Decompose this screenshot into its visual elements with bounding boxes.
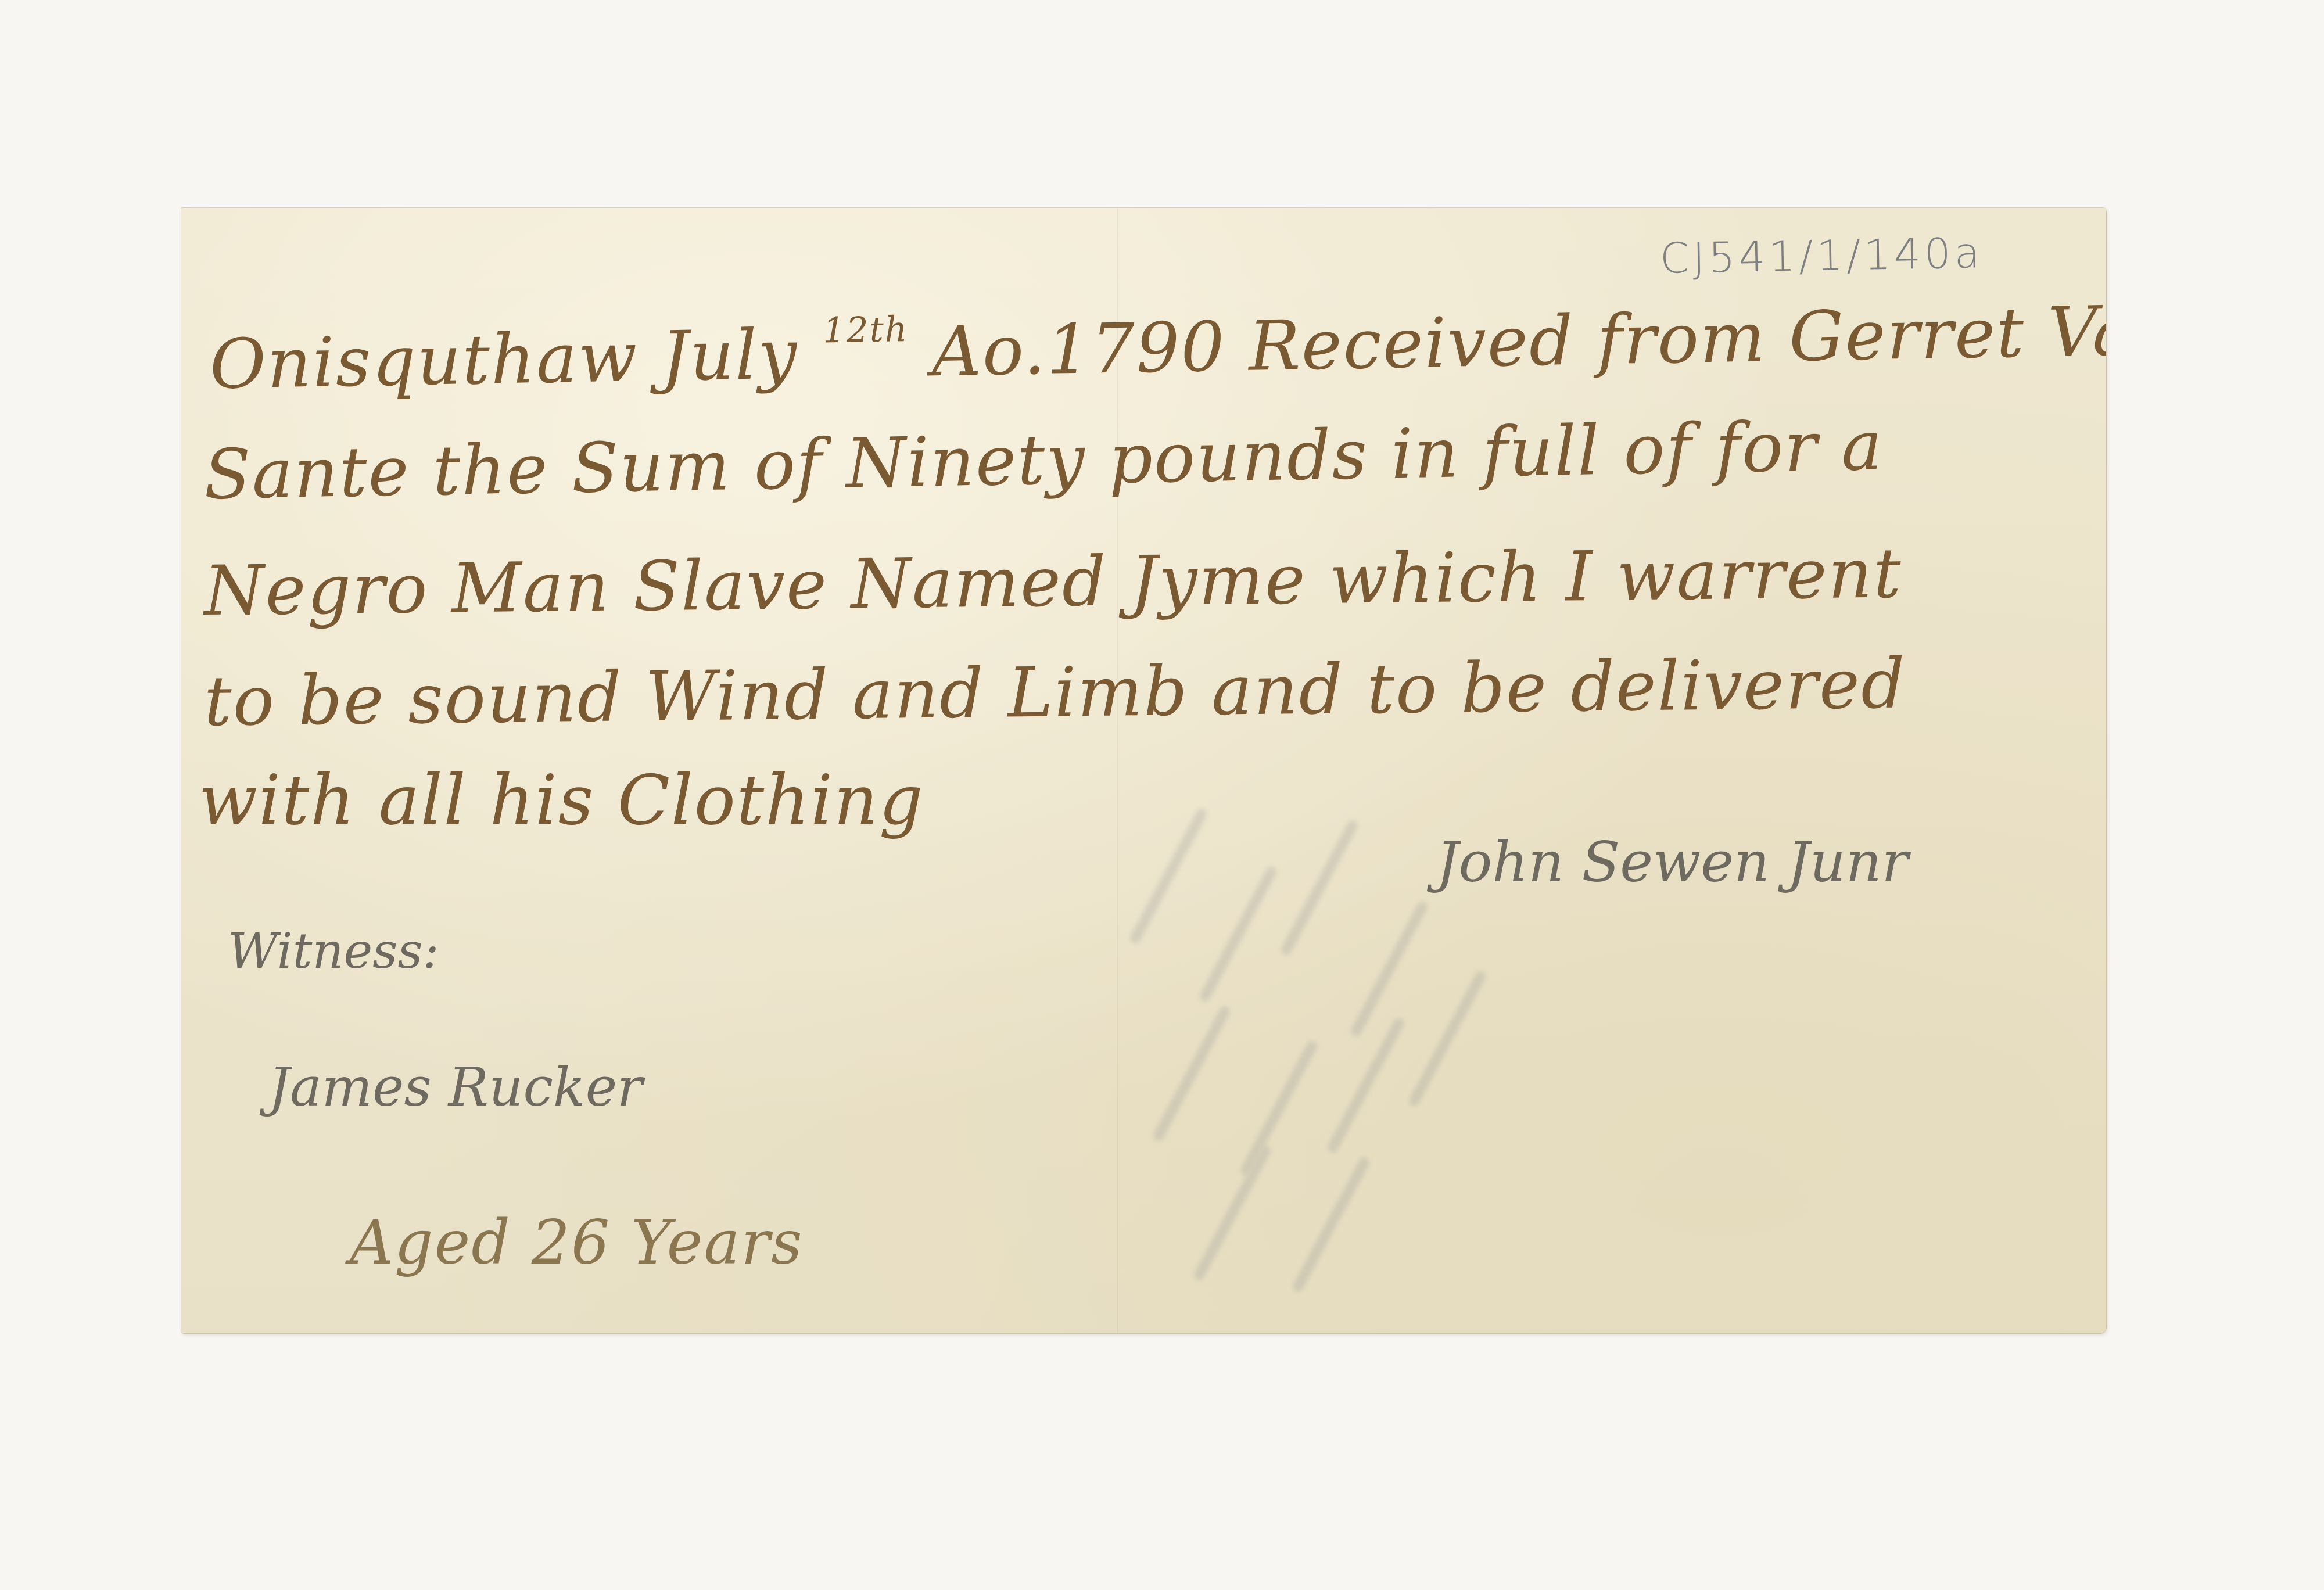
archival-reference: CJ541/1/140a [1659, 228, 1984, 283]
manuscript-paper: CJ541/1/140a Onisquthaw July 12th Ao.179… [181, 208, 2106, 1333]
body-line-1-rest: Received from Gerret Van [1248, 290, 2106, 386]
body-line-3: Negro Man Slave Named Jyme which I warre… [204, 539, 1903, 625]
witness-name: James Rucker [268, 1056, 643, 1118]
body-line-5: with all his Clothing [199, 766, 924, 834]
date-year: 1790 [1046, 307, 1226, 390]
body-line-1: Onisquthaw July 12th Ao.1790 Received fr… [209, 290, 2106, 399]
age-note: Aged 26 Years [350, 1207, 804, 1278]
body-line-2: Sante the Sum of Ninety pounds in full o… [203, 411, 1884, 509]
witness-label: Witness: [228, 923, 439, 979]
date-day: 12th [823, 309, 909, 351]
date-year-prefix: Ao. [931, 310, 1047, 392]
date-month: July [661, 314, 799, 396]
seller-signature: John Sewen Junr [1436, 830, 1908, 895]
body-line-4: to be sound Wind and Limb and to be deli… [204, 649, 1906, 735]
place-name: Onisquthaw [209, 317, 639, 404]
scan-frame: CJ541/1/140a Onisquthaw July 12th Ao.179… [0, 0, 2324, 1590]
